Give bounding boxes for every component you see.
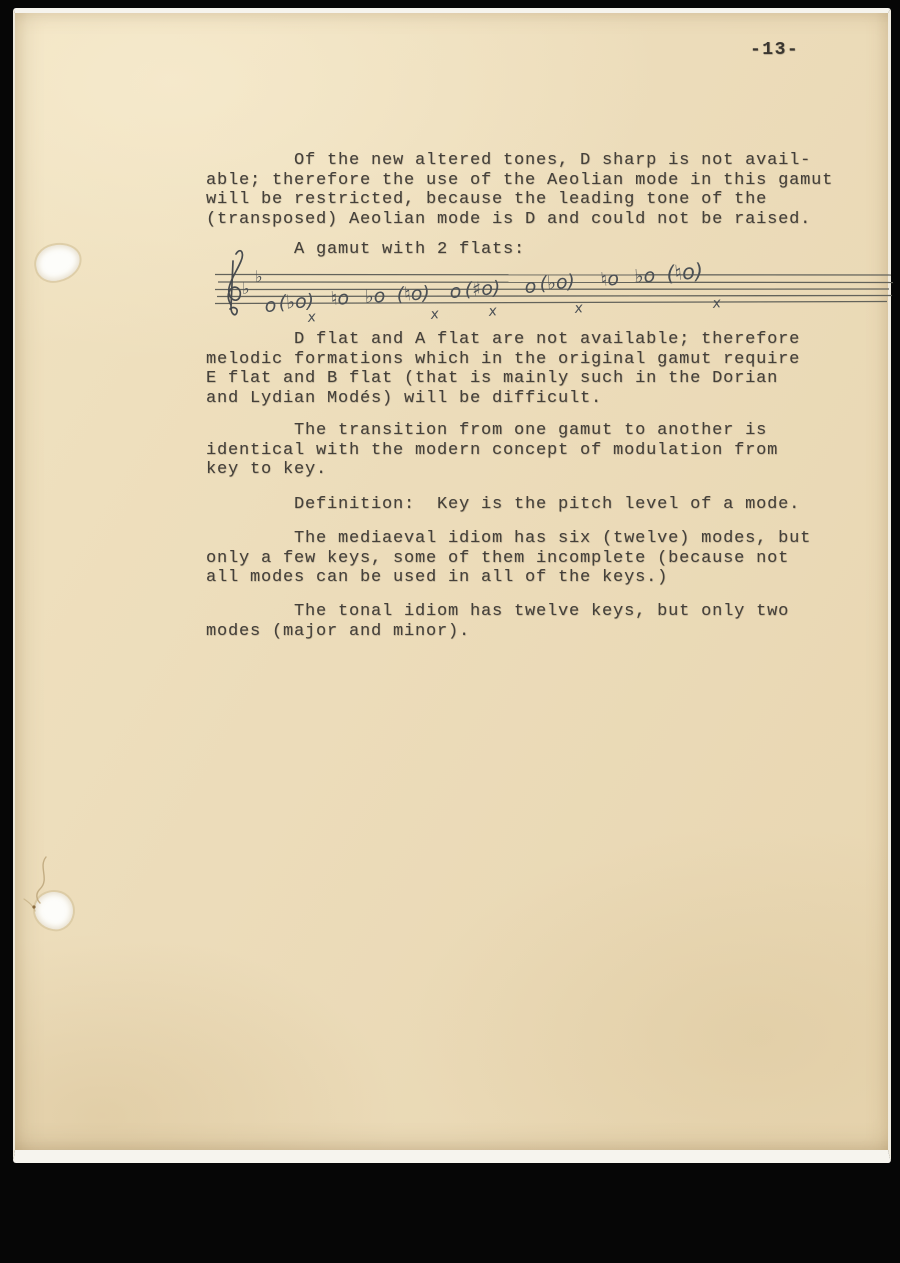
note-token: ♭: [255, 267, 263, 286]
handwritten-notes: ♭♭o(♭o)♮o♭o(♮o)o(♯o)o(♭o)♮o♭o(♮o)xxxxx: [242, 259, 722, 326]
document-page: -13- Of the new altered tones, D sharp i…: [13, 8, 891, 1163]
note-token: (♭o): [539, 271, 576, 295]
note-token: ♭: [242, 279, 250, 298]
page-number: -13-: [750, 40, 799, 60]
note-token: (♮o): [665, 259, 704, 286]
x-mark: x: [711, 295, 723, 312]
note-token: (♮o): [396, 282, 430, 306]
note-token: (♯o): [464, 277, 501, 301]
paragraph-mediaeval-idiom: The mediaeval idiom has six (twelve) mod…: [206, 529, 811, 588]
note-token: ♭o: [364, 285, 386, 308]
treble-clef-icon: [228, 251, 242, 315]
note-token: ♭o: [634, 265, 656, 288]
paragraph-tonal-idiom: The tonal idiom has twelve keys, but onl…: [206, 602, 789, 641]
note-token: o: [449, 280, 462, 303]
paragraph-altered-tones: Of the new altered tones, D sharp is not…: [206, 151, 833, 229]
x-mark: x: [429, 306, 441, 323]
tear-mark: [10, 845, 80, 935]
paragraph-flats-unavailable: D flat and A flat are not available; the…: [206, 330, 800, 408]
paragraph-transition: The transition from one gamut to another…: [206, 421, 778, 480]
music-staff: ♭♭o(♭o)♮o♭o(♮o)o(♯o)o(♭o)♮o♭o(♮o)xxxxx: [209, 245, 900, 337]
note-token: ♮o: [330, 287, 350, 310]
x-mark: x: [487, 303, 499, 320]
note-token: ♮o: [600, 268, 620, 291]
x-mark: x: [306, 309, 318, 326]
note-token: o: [264, 294, 277, 317]
paragraph-definition: Definition: Key is the pitch level of a …: [206, 495, 800, 515]
note-token: o: [524, 275, 537, 298]
